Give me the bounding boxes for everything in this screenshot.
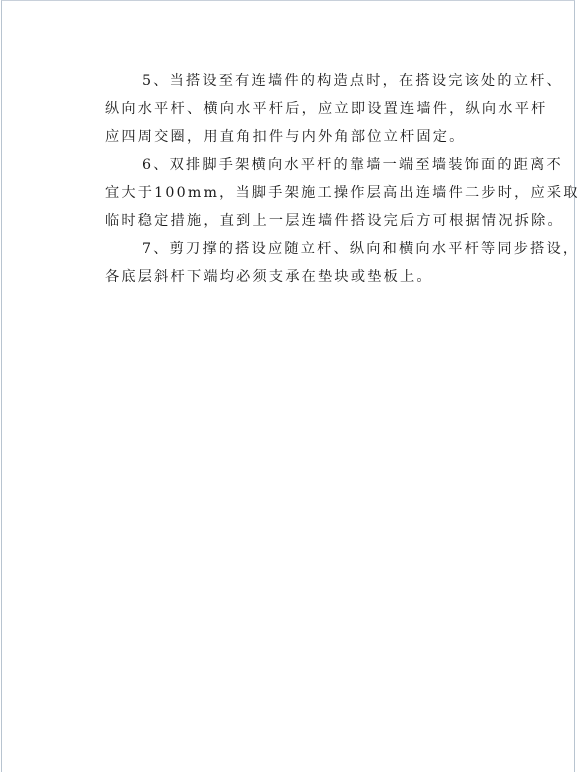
text-line: 7、剪刀撑的搭设应随立杆、纵向和横向水平杆等同步搭设， [68, 235, 528, 263]
document-page: 5、当搭设至有连墙件的构造点时，在搭设完该处的立杆、 纵向水平杆、横向水平杆后，… [1, 0, 575, 772]
text-line: 5、当搭设至有连墙件的构造点时，在搭设完该处的立杆、 [68, 67, 528, 95]
paragraph-5: 5、当搭设至有连墙件的构造点时，在搭设完该处的立杆、 纵向水平杆、横向水平杆后，… [68, 67, 528, 151]
text-line: 6、双排脚手架横向水平杆的靠墙一端至墙装饰面的距离不 [68, 151, 528, 179]
document-body: 5、当搭设至有连墙件的构造点时，在搭设完该处的立杆、 纵向水平杆、横向水平杆后，… [68, 67, 528, 291]
text-line: 纵向水平杆、横向水平杆后，应立即设置连墙件，纵向水平杆 [68, 95, 528, 123]
text-line: 临时稳定措施，直到上一层连墙件搭设完后方可根据情况拆除。 [68, 207, 528, 235]
text-line: 应四周交圈，用直角扣件与内外角部位立杆固定。 [68, 123, 528, 151]
text-line: 宜大于100mm，当脚手架施工操作层高出连墙件二步时，应采取 [68, 179, 528, 207]
paragraph-6: 6、双排脚手架横向水平杆的靠墙一端至墙装饰面的距离不 宜大于100mm，当脚手架… [68, 151, 528, 235]
text-line: 各底层斜杆下端均必须支承在垫块或垫板上。 [68, 263, 528, 291]
paragraph-7: 7、剪刀撑的搭设应随立杆、纵向和横向水平杆等同步搭设， 各底层斜杆下端均必须支承… [68, 235, 528, 291]
